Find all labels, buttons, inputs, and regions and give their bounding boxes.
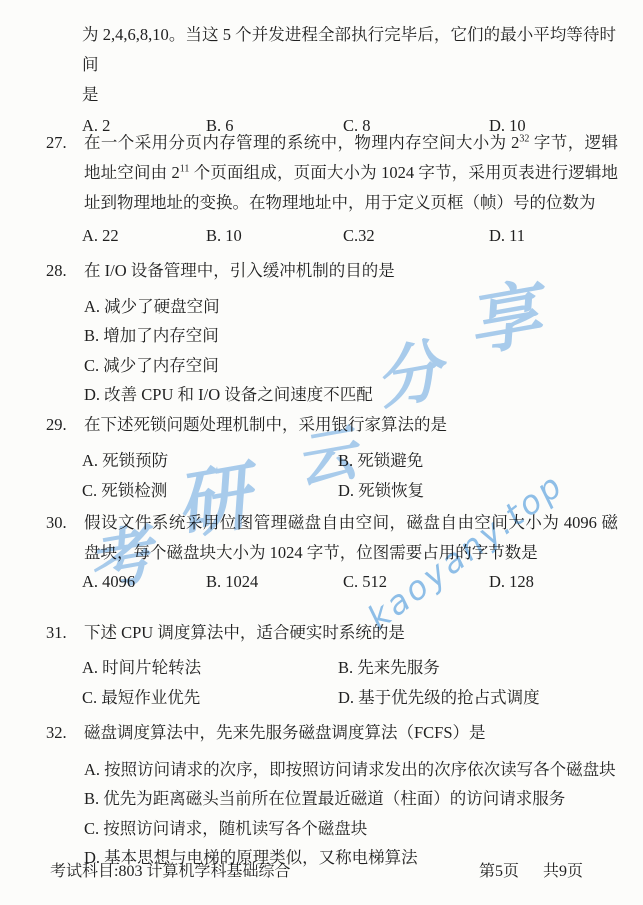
superscript: 11 — [180, 164, 190, 175]
page-number: 第5页 — [479, 858, 519, 881]
total-pages: 共9页 — [543, 858, 583, 881]
question-stem: 在一个采用分页内存管理的系统中，物理内存空间大小为 232 字节，逻辑地址空间由… — [84, 128, 618, 218]
option-b: B. 优先为距离磁头当前所在位置最近磁道（柱面）的访问请求服务 — [84, 784, 643, 813]
options-row: C. 最短作业优先 D. 基于优先级的抢占式调度 — [82, 683, 643, 713]
question-number: 29. — [46, 410, 67, 440]
question-number: 32. — [46, 718, 67, 748]
options-list: A. 减少了硬盘空间 B. 增加了内存空间 C. 减少了内存空间 D. 改善 C… — [84, 292, 643, 410]
question-31: 31. 下述 CPU 调度算法中，适合硬实时系统的是 A. 时间片轮转法 B. … — [0, 618, 643, 713]
option-b: B. 死锁避免 — [338, 446, 423, 476]
exam-subject: 考试科目:803 计算机学科基础综合 — [50, 858, 290, 881]
question-number: 31. — [46, 618, 67, 648]
superscript: 32 — [519, 134, 529, 145]
option-b: B. 增加了内存空间 — [84, 321, 643, 350]
question-number: 27. — [46, 128, 67, 158]
options-row: A. 4096 B. 1024 C. 512 D. 128 — [82, 572, 643, 596]
option-d: D. 11 — [489, 226, 525, 246]
option-d: D. 改善 CPU 和 I/O 设备之间速度不匹配 — [84, 380, 643, 409]
option-c: C.32 — [343, 226, 375, 246]
option-c: C. 512 — [343, 572, 387, 592]
question-stem: 磁盘调度算法中，先来先服务磁盘调度算法（FCFS）是 — [84, 718, 618, 748]
stem-line: 为 2,4,6,8,10。当这 5 个并发进程全部执行完毕后，它们的最小平均等待… — [82, 20, 616, 80]
option-b: B. 1024 — [206, 572, 258, 592]
option-a: A. 死锁预防 — [82, 446, 168, 476]
question-number: 30. — [46, 508, 67, 538]
question-29: 29. 在下述死锁问题处理机制中，采用银行家算法的是 A. 死锁预防 B. 死锁… — [0, 410, 643, 506]
option-a: A. 4096 — [82, 572, 135, 592]
question-28: 28. 在 I/O 设备管理中，引入缓冲机制的目的是 A. 减少了硬盘空间 B.… — [0, 256, 643, 410]
option-d: D. 128 — [489, 572, 534, 592]
question-32: 32. 磁盘调度算法中，先来先服务磁盘调度算法（FCFS）是 A. 按照访问请求… — [0, 718, 643, 873]
option-a: A. 按照访问请求的次序，即按照访问请求发出的次序依次读写各个磁盘块 — [84, 755, 643, 784]
option-c: C. 死锁检测 — [82, 476, 167, 506]
options-list: A. 按照访问请求的次序，即按照访问请求发出的次序依次读写各个磁盘块 B. 优先… — [84, 755, 643, 873]
option-a: A. 22 — [82, 226, 119, 246]
option-c: C. 最短作业优先 — [82, 683, 200, 713]
option-a: A. 减少了硬盘空间 — [84, 292, 643, 321]
question-number: 28. — [46, 256, 67, 286]
question-stem: 在下述死锁问题处理机制中，采用银行家算法的是 — [84, 410, 618, 440]
question-26-continuation: 为 2,4,6,8,10。当这 5 个并发进程全部执行完毕后，它们的最小平均等待… — [0, 20, 643, 140]
option-c: C. 按照访问请求，随机读写各个磁盘块 — [84, 814, 643, 843]
option-a: A. 时间片轮转法 — [82, 653, 201, 683]
question-stem: 为 2,4,6,8,10。当这 5 个并发进程全部执行完毕后，它们的最小平均等待… — [82, 20, 616, 110]
stem-text: 在一个采用分页内存管理的系统中，物理内存空间大小为 2 — [84, 133, 519, 152]
options-row: A. 死锁预防 B. 死锁避免 — [82, 446, 643, 476]
question-stem: 在 I/O 设备管理中，引入缓冲机制的目的是 — [84, 256, 618, 286]
question-30: 30. 假设文件系统采用位图管理磁盘自由空间，磁盘自由空间大小为 4096 磁盘… — [0, 508, 643, 596]
option-b: B. 10 — [206, 226, 242, 246]
option-b: B. 先来先服务 — [338, 653, 440, 683]
options-row: A. 时间片轮转法 B. 先来先服务 — [82, 653, 643, 683]
option-d: D. 基于优先级的抢占式调度 — [338, 683, 540, 713]
stem-line: 是 — [82, 80, 616, 110]
exam-page: 考 研 云 分 享 kaoyany.top 为 2,4,6,8,10。当这 5 … — [0, 0, 643, 905]
options-row: C. 死锁检测 D. 死锁恢复 — [82, 476, 643, 506]
option-d: D. 死锁恢复 — [338, 476, 424, 506]
question-stem: 假设文件系统采用位图管理磁盘自由空间，磁盘自由空间大小为 4096 磁盘块，每个… — [84, 508, 618, 568]
option-c: C. 减少了内存空间 — [84, 351, 643, 380]
question-27: 27. 在一个采用分页内存管理的系统中，物理内存空间大小为 232 字节，逻辑地… — [0, 128, 643, 250]
options-row: A. 22 B. 10 C.32 D. 11 — [82, 226, 643, 250]
question-stem: 下述 CPU 调度算法中，适合硬实时系统的是 — [84, 618, 618, 648]
